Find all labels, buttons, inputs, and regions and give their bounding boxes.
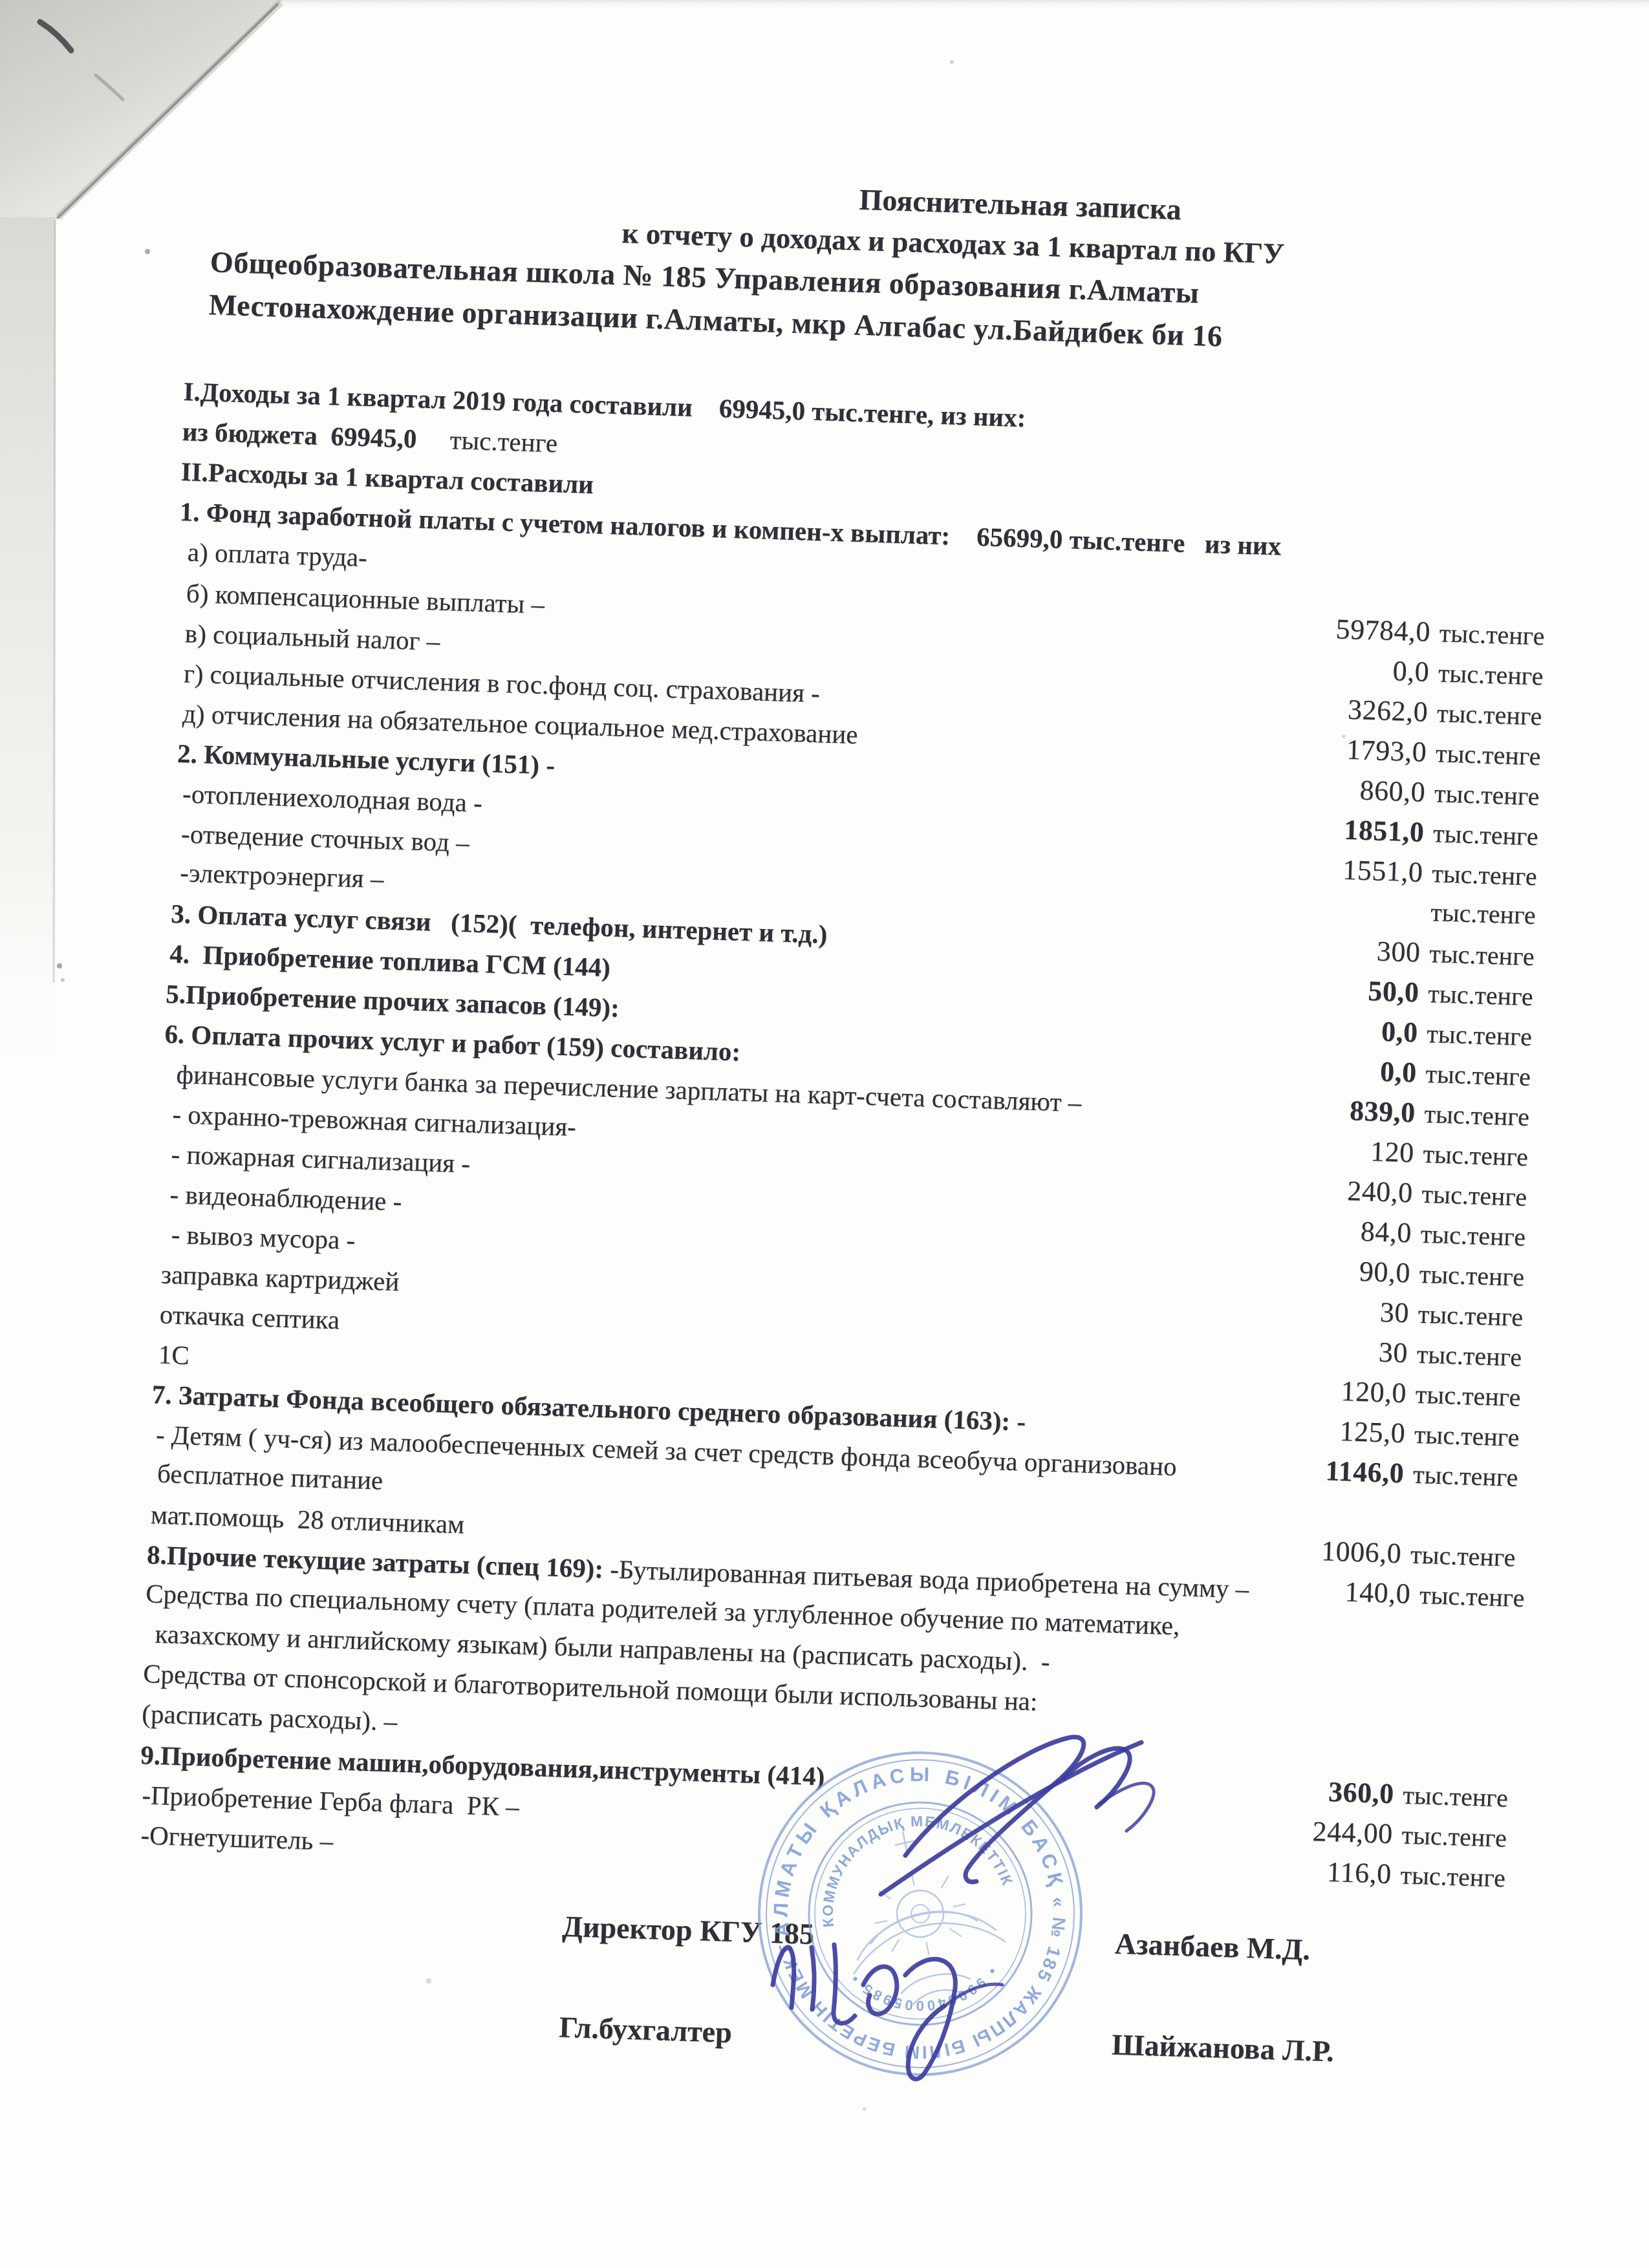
line-unit: тыс.тенге xyxy=(1408,1298,1539,1332)
line-amount: 0,0 xyxy=(1267,650,1429,689)
line-unit: тыс.тенге xyxy=(1412,1178,1543,1212)
line-amount: 839,0 xyxy=(1253,1091,1416,1129)
line-unit: тыс.тенге xyxy=(1406,1378,1536,1413)
top-edge-shadow xyxy=(0,0,1649,10)
line-label: в) социальный налог – xyxy=(184,617,440,656)
line-unit: тыс.тенге xyxy=(1401,1539,1531,1573)
line-unit: тыс.тенге xyxy=(1430,617,1560,652)
line-label: бесплатное питание xyxy=(156,1458,383,1496)
line-unit: тыс.тенге xyxy=(1403,1459,1534,1493)
accountant-name: Шайжанова Л.Р. xyxy=(1111,2027,1334,2068)
line-spacer xyxy=(857,744,1265,756)
line-amount: 116,0 xyxy=(1229,1852,1392,1890)
line-label: 1С xyxy=(158,1339,189,1371)
line-unit: тыс.тенге xyxy=(1394,1779,1524,1813)
line-spacer xyxy=(1180,1634,1529,1645)
line-unit: тыс.тенге xyxy=(1421,897,1552,931)
line-unit: тыс.тенге xyxy=(1416,1058,1547,1093)
line-spacer xyxy=(819,702,1266,716)
line-unit: тыс.тенге xyxy=(1427,698,1558,732)
line-unit: тыс.тенге xyxy=(1414,1138,1544,1172)
line-spacer xyxy=(1026,1431,1244,1438)
line-amount: 360,0 xyxy=(1232,1772,1394,1810)
line-amount: 50,0 xyxy=(1257,971,1419,1009)
line-unit: тыс.тенге xyxy=(1423,858,1553,892)
line-amount: 30 xyxy=(1245,1331,1408,1369)
line-label: - вывоз мусора - xyxy=(171,1219,356,1256)
line-label: заправка картриджей xyxy=(160,1259,400,1298)
director-title: Директор КГУ 185 xyxy=(562,1909,1115,1961)
line-spacer xyxy=(740,1061,1255,1077)
line-amount: 140,0 xyxy=(1248,1572,1410,1610)
line-unit: тыс.тенге xyxy=(1407,1338,1538,1373)
line-unit: тыс.тенге xyxy=(1410,1258,1540,1292)
line-amount: 240,0 xyxy=(1251,1171,1413,1210)
line-unit: тыс.тенге xyxy=(1425,778,1555,812)
scanned-document-page: Пояснительная записка к отчету о доходах… xyxy=(0,0,1649,2268)
line-label-bold: из бюджета 69945,0 xyxy=(182,416,417,454)
line-spacer xyxy=(824,1785,1232,1798)
line-amount: 125,0 xyxy=(1243,1411,1405,1450)
line-spacer xyxy=(1176,1475,1242,1477)
line-amount: 84,0 xyxy=(1249,1212,1412,1250)
line-spacer xyxy=(827,943,1258,957)
line-unit: тыс.тенге xyxy=(1419,978,1549,1012)
line-spacer xyxy=(1081,1111,1254,1117)
line-amount: 120,0 xyxy=(1244,1371,1406,1409)
accountant-signature-row: Гл.бухгалтер Шайжанова Л.Р. xyxy=(106,1996,1516,2081)
director-signature-row: Директор КГУ 185 Азанбаев М.Д. xyxy=(109,1895,1520,1980)
line-unit: тыс.тенге xyxy=(1428,658,1559,692)
line-amount: 120 xyxy=(1252,1131,1414,1170)
line-amount: 0,0 xyxy=(1256,1011,1418,1049)
line-unit: тыс.тенге xyxy=(1411,1218,1542,1252)
line-label: - видеонаблюдение - xyxy=(169,1179,402,1217)
line-amount xyxy=(1260,915,1421,921)
line-label: а) оплата труда- xyxy=(187,536,367,573)
line-amount: 860,0 xyxy=(1264,771,1426,809)
line-amount: 90,0 xyxy=(1248,1252,1410,1290)
line-spacer xyxy=(333,1850,1230,1878)
line-unit: тыс.тенге xyxy=(1417,1018,1548,1053)
pen-mark xyxy=(40,22,71,50)
line-unit: тыс.тенге xyxy=(1405,1418,1535,1453)
line-label: -отведение сточных вод – xyxy=(181,818,470,858)
line-amount: 1793,0 xyxy=(1265,731,1427,769)
line-unit: тыс.тенге xyxy=(1391,1859,1522,1894)
line-label: откачка септика xyxy=(159,1299,340,1336)
line-spacer xyxy=(1050,1671,1527,1685)
left-edge-shadow xyxy=(0,217,56,1071)
line-spacer xyxy=(1037,1711,1526,1726)
line-label: -Огнетушитель – xyxy=(140,1819,334,1856)
line-label: тыс.тенге xyxy=(416,423,558,458)
line-unit: тыс.тенге xyxy=(1415,1098,1546,1132)
document-content: Пояснительная записка к отчету о доходах… xyxy=(106,160,1574,2081)
line-label: - пожарная сигнализация - xyxy=(171,1139,471,1179)
line-amount: 1006,0 xyxy=(1240,1532,1402,1570)
line-spacer xyxy=(1281,555,1563,564)
document-body-rows: I.Доходы за 1 квартал 2019 года составил… xyxy=(112,375,1568,1901)
line-unit: тыс.тенге xyxy=(1426,738,1557,772)
line-amount: 59784,0 xyxy=(1268,610,1430,648)
line-amount: 30 xyxy=(1247,1291,1409,1329)
director-name: Азанбаев М.Д. xyxy=(1114,1927,1311,1967)
line-spacer xyxy=(1026,427,1567,444)
line-amount: 1851,0 xyxy=(1262,811,1425,849)
accountant-title: Гл.бухгалтер xyxy=(559,2010,1112,2062)
line-amount: 3262,0 xyxy=(1266,690,1428,729)
line-amount: 244,00 xyxy=(1231,1812,1393,1850)
line-amount: 0,0 xyxy=(1255,1051,1417,1089)
line-label: -электроэнергия – xyxy=(180,857,384,894)
line-unit: тыс.тенге xyxy=(1424,818,1555,852)
line-unit: тыс.тенге xyxy=(1420,938,1551,972)
line-unit: тыс.тенге xyxy=(1392,1819,1523,1854)
line-amount: 1551,0 xyxy=(1261,851,1423,889)
line-unit: тыс.тенге xyxy=(1410,1579,1540,1614)
line-amount: 300 xyxy=(1258,931,1421,969)
line-amount: 1146,0 xyxy=(1242,1451,1404,1490)
